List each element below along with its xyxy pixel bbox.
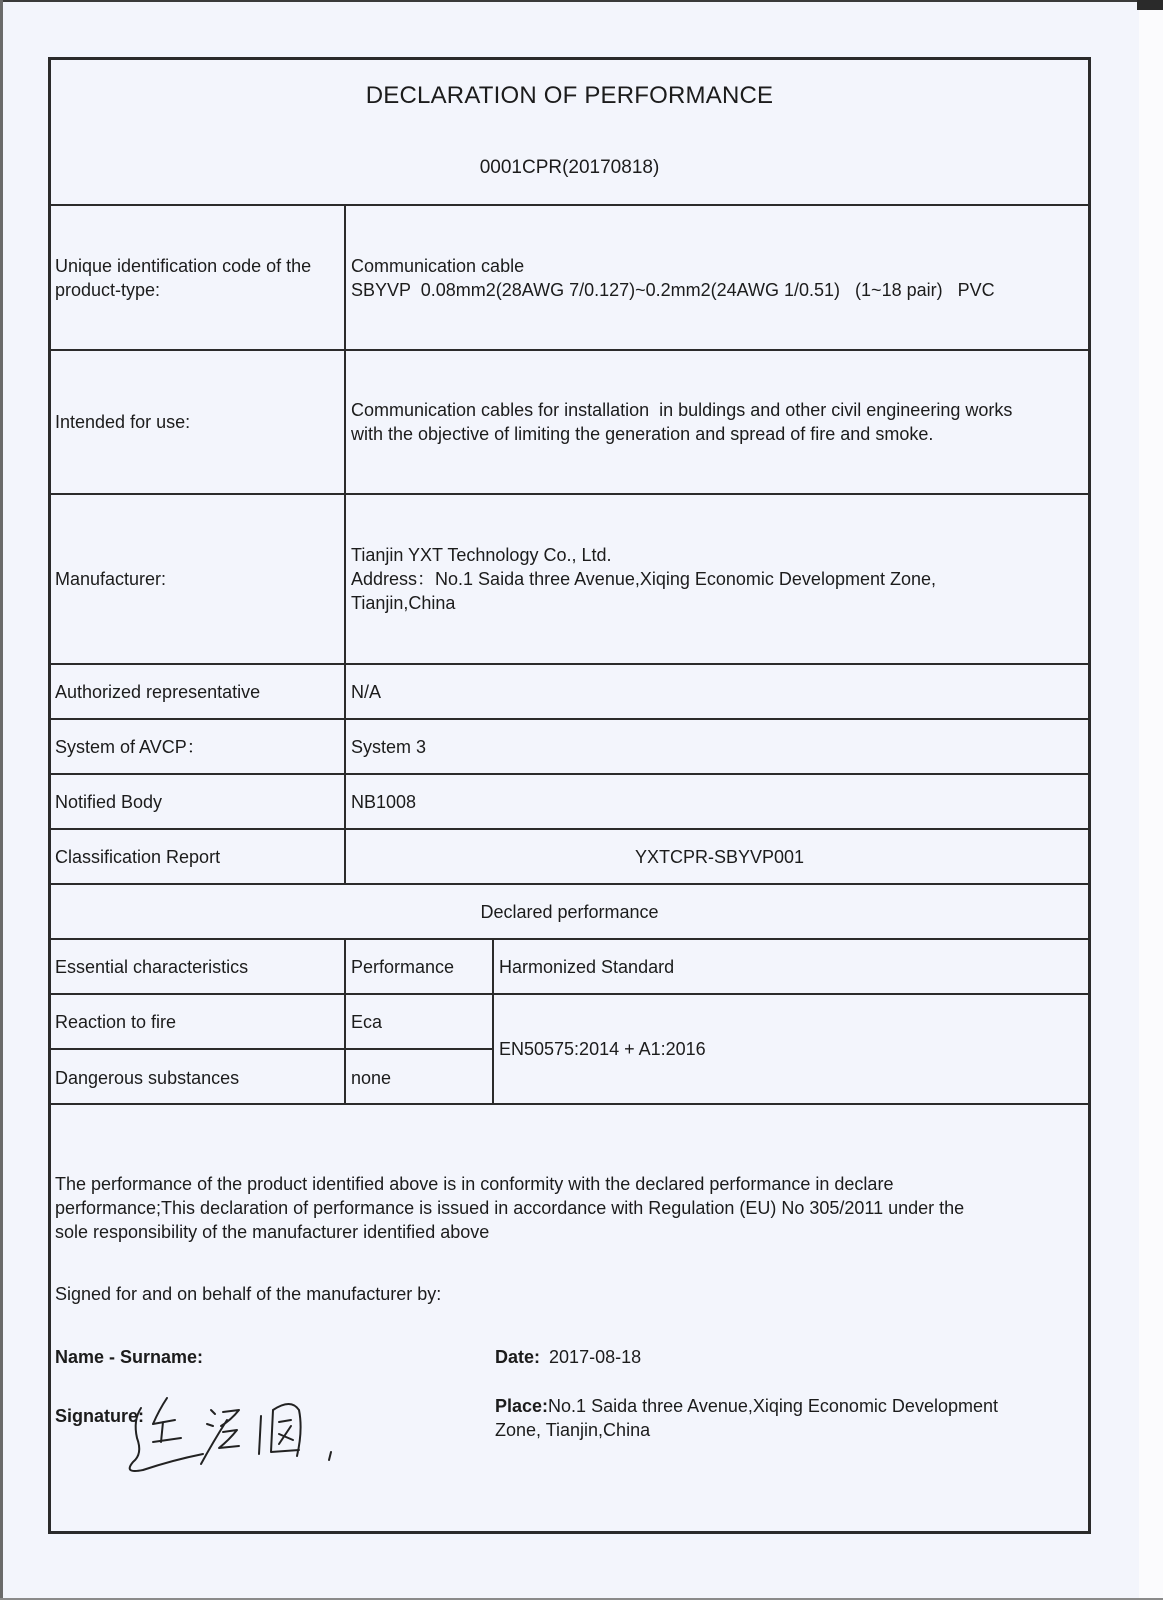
row-classification-report: Classification Report YXTCPR-SBYVP001 [51,830,1088,885]
col-harmonized-standard: Harmonized Standard [499,955,674,979]
harmonized-standard-value: EN50575:2014 + A1:2016 [499,1037,706,1061]
intended-use-line1: Communication cables for installation in… [351,398,1012,422]
performance-dangerous-substances: none [351,1066,391,1090]
row-product-type: Unique identification code of the produc… [51,206,1088,351]
performance-table-body: Reaction to fire Eca Dangerous substance… [51,995,1088,1105]
scan-edge-mark [1137,0,1163,10]
intended-use-label: Intended for use: [55,410,190,434]
authorized-rep-label: Authorized representative [55,680,260,704]
signed-for-text: Signed for and on behalf of the manufact… [55,1282,441,1306]
place-field: Place:No.1 Saida three Avenue,Xiqing Eco… [495,1394,998,1442]
manufacturer-label: Manufacturer: [55,567,166,591]
performance-table-header: Essential characteristics Performance Ha… [51,940,1088,995]
row-avcp: System of AVCP： System 3 [51,720,1088,775]
handwritten-signature [123,1380,363,1480]
row-intended-use: Intended for use: Communication cables f… [51,351,1088,495]
statement-line1: The performance of the product identifie… [55,1172,964,1196]
product-type-line1: Communication cable [351,254,524,278]
row-notified-body: Notified Body NB1008 [51,775,1088,830]
date-label: Date: [495,1347,540,1367]
date-field: Date: 2017-08-18 [495,1345,641,1369]
declared-performance-heading: Declared performance [480,900,658,924]
name-surname-label: Name - Surname: [55,1345,203,1369]
characteristic-dangerous-substances: Dangerous substances [55,1066,239,1090]
row-authorized-representative: Authorized representative N/A [51,665,1088,720]
intended-use-line2: with the objective of limiting the gener… [351,422,933,446]
authorized-rep-value: N/A [351,680,381,704]
performance-reaction-to-fire: Eca [351,1010,382,1034]
col-essential-characteristics: Essential characteristics [55,955,248,979]
scan-edge-left [0,0,3,1600]
document-code: 0001CPR(20170818) [51,157,1088,179]
classification-label: Classification Report [55,845,220,869]
row-declared-performance: Declared performance [51,885,1088,940]
document-title: DECLARATION OF PERFORMANCE [51,82,1088,110]
row-manufacturer: Manufacturer: Tianjin YXT Technology Co.… [51,495,1088,665]
date-value: 2017-08-18 [549,1347,641,1367]
product-type-label: Unique identification code of the produc… [55,254,344,302]
characteristic-reaction-to-fire: Reaction to fire [55,1010,176,1034]
place-line2: Zone, Tianjin,China [495,1418,998,1442]
product-type-line2: SBYVP 0.08mm2(28AWG 7/0.127)~0.2mm2(24AW… [351,278,995,302]
scan-edge-top [0,0,1163,2]
table-row: Reaction to fire Eca [51,995,492,1050]
manufacturer-address-line1: Address：No.1 Saida three Avenue,Xiqing E… [351,567,936,591]
conformity-statement: The performance of the product identifie… [55,1172,964,1244]
manufacturer-address-line2: Tianjin,China [351,591,455,615]
notified-body-label: Notified Body [55,790,162,814]
manufacturer-name: Tianjin YXT Technology Co., Ltd. [351,543,612,567]
classification-value: YXTCPR-SBYVP001 [635,845,804,869]
declaration-form: DECLARATION OF PERFORMANCE 0001CPR(20170… [48,57,1091,1534]
statement-line3: sole responsibility of the manufacturer … [55,1220,964,1244]
header-section: DECLARATION OF PERFORMANCE 0001CPR(20170… [51,60,1088,206]
col-performance: Performance [351,955,454,979]
place-label: Place: [495,1396,548,1416]
avcp-value: System 3 [351,735,426,759]
table-row: Dangerous substances none [51,1050,492,1105]
place-line1: No.1 Saida three Avenue,Xiqing Economic … [548,1396,998,1416]
statement-line2: performance;This declaration of performa… [55,1196,964,1220]
notified-body-value: NB1008 [351,790,416,814]
scan-edge-right [1139,0,1163,1600]
avcp-label: System of AVCP： [55,735,205,759]
